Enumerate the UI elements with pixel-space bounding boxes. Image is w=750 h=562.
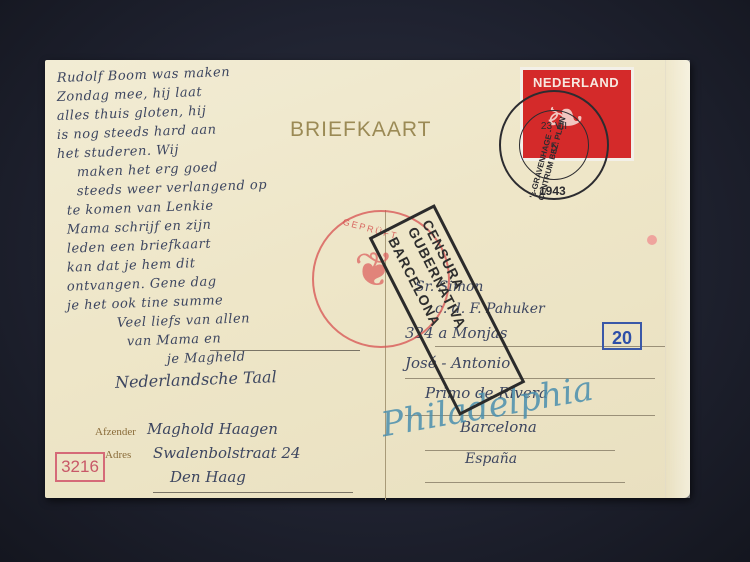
- postmark-hour: 5: [520, 140, 588, 154]
- sender-name: Maghold Haagen: [147, 422, 278, 437]
- red-ink-spot: [647, 235, 657, 245]
- postmark-center: 23 VII 5: [519, 110, 589, 180]
- postcard: Rudolf Boom was makenZondag mee, hij laa…: [45, 60, 690, 498]
- postmark-date: 23 VII: [520, 121, 588, 132]
- address-label: Adres: [105, 449, 131, 461]
- recipient-line: España: [465, 452, 517, 466]
- card-fold-edge: [665, 60, 690, 498]
- sender-city: Den Haag: [170, 470, 246, 485]
- language-note: Nederlandsche Taal: [115, 369, 277, 391]
- address-rule-5: [425, 482, 625, 483]
- censor-number-red: 3216: [55, 452, 105, 482]
- sender-label: Afzender: [95, 426, 136, 438]
- postcard-title: BRIEFKAART: [290, 118, 431, 142]
- censor-number-blue: 20: [602, 322, 642, 350]
- signature-underline: [210, 350, 360, 351]
- stamp-country: NEDERLAND: [533, 75, 619, 90]
- address-rule-4: [425, 450, 615, 451]
- postmark: 's-GRAVENHAGE - CENTRUM BEZ. PLEIN 23 VI…: [499, 90, 609, 200]
- handwritten-message: Rudolf Boom was makenZondag mee, hij laa…: [57, 72, 267, 376]
- postmark-year: 1943: [539, 184, 566, 198]
- sender-underline: [153, 492, 353, 493]
- sender-street: Swalenbolstraat 24: [153, 446, 301, 461]
